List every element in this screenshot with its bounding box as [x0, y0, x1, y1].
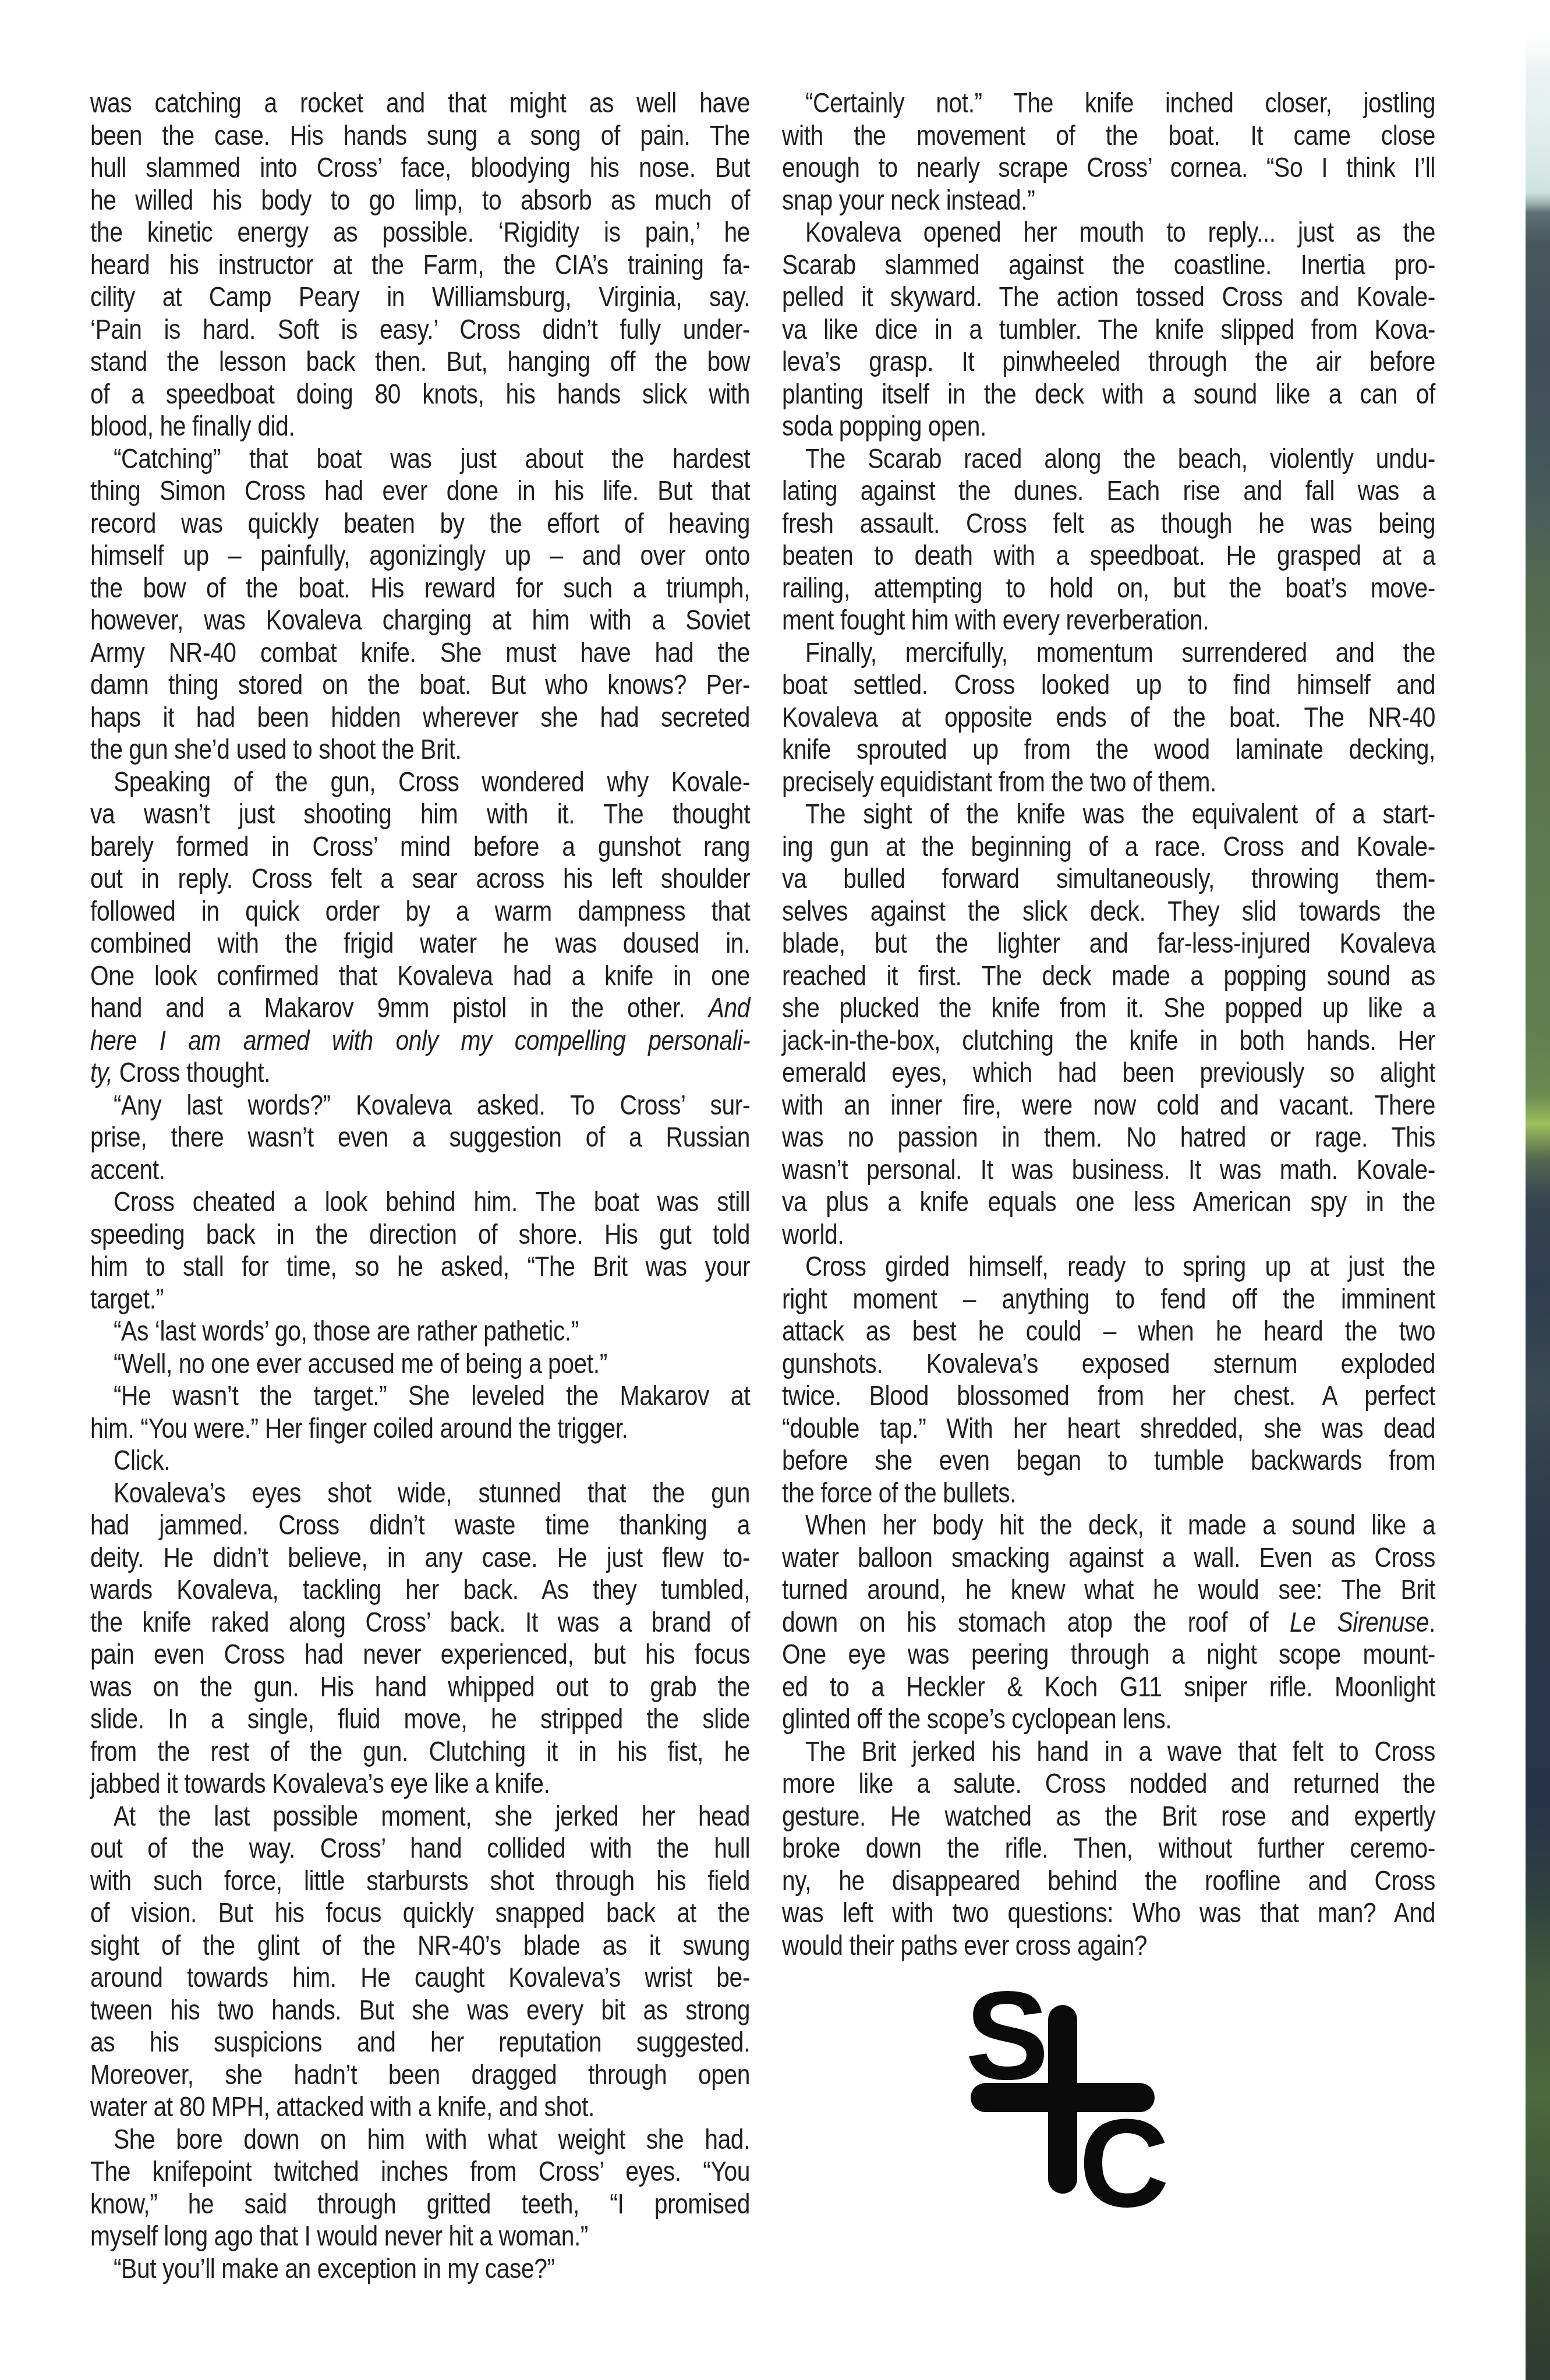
story-page: { "page": { "background": "#ffffff", "te… [0, 0, 1550, 2380]
text-line: himself up – painfully, agonizingly up –… [90, 540, 750, 572]
text-line: jabbed it towards Kovaleva’s eye like a … [90, 1768, 750, 1801]
text-line: heard his instructor at the Farm, the CI… [90, 249, 750, 282]
text-line: tween his two hands. But she was every b… [90, 1994, 750, 2027]
text-line: right moment – anything to fend off the … [782, 1283, 1435, 1316]
text-line: broke down the rifle. Then, without furt… [782, 1833, 1435, 1865]
text-line: out in reply. Cross felt a sear across h… [90, 863, 750, 896]
text-line: damn thing stored on the boat. But who k… [90, 669, 750, 702]
text-line: water at 80 MPH, attacked with a knife, … [90, 2091, 750, 2124]
text-line: Cross girded himself, ready to spring up… [782, 1251, 1435, 1283]
text-line: leva’s grasp. It pinwheeled through the … [782, 346, 1435, 379]
text-line: ty, Cross thought. [90, 1057, 750, 1090]
paragraph: The sight of the knife was the equivalen… [782, 798, 1435, 1251]
text-line: When her body hit the deck, it made a so… [782, 1509, 1435, 1542]
text-line: world. [782, 1219, 1435, 1251]
text-line: Speaking of the gun, Cross wondered why … [90, 766, 750, 799]
paragraph: “Any last words?” Kovaleva asked. To Cro… [90, 1090, 750, 1187]
text-line: water balloon smacking against a wall. E… [782, 1542, 1435, 1575]
text-line: Scarab slammed against the coastline. In… [782, 249, 1435, 282]
text-line: Kovaleva opened her mouth to reply... ju… [782, 217, 1435, 249]
text-line: At the last possible moment, she jerked … [90, 1801, 750, 1833]
paragraph: Kovaleva opened her mouth to reply... ju… [782, 217, 1435, 443]
text-line: “But you’ll make an exception in my case… [90, 2253, 750, 2286]
text-line: before she even began to tumble backward… [782, 1445, 1435, 1477]
text-line: deity. He didn’t believe, in any case. H… [90, 1542, 750, 1575]
text-line: attack as best he could – when he heard … [782, 1315, 1435, 1348]
text-line: beaten to death with a speedboat. He gra… [782, 540, 1435, 572]
text-line: she plucked the knife from it. She poppe… [782, 992, 1435, 1025]
text-line: around towards him. He caught Kovaleva’s… [90, 1962, 750, 1994]
text-line: ment fought him with every reverberation… [782, 604, 1435, 637]
paragraph: Cross girded himself, ready to spring up… [782, 1251, 1435, 1509]
text-line: glinted off the scope’s cyclopean lens. [782, 1703, 1435, 1736]
paragraph: When her body hit the deck, it made a so… [782, 1509, 1435, 1736]
text-line: followed in quick order by a warm dampne… [90, 896, 750, 928]
text-line: the gun she’d used to shoot the Brit. [90, 734, 750, 766]
text-line: ed to a Heckler & Koch G11 sniper rifle.… [782, 1671, 1435, 1704]
paragraph: Cross cheated a look behind him. The boa… [90, 1186, 750, 1315]
text-line: One look confirmed that Kovaleva had a k… [90, 960, 750, 993]
text-column-right: “Certainly not.” The knife inched closer… [782, 87, 1435, 1962]
text-line: knife sprouted up from the wood laminate… [782, 734, 1435, 766]
paragraph: “He wasn’t the target.” She leveled the … [90, 1380, 750, 1445]
text-line: The sight of the knife was the equivalen… [782, 798, 1435, 831]
paragraph: “But you’ll make an exception in my case… [90, 2253, 750, 2286]
text-line: “double tap.” With her heart shredded, s… [782, 1413, 1435, 1445]
paragraph: was catching a rocket and that might as … [90, 87, 750, 443]
text-line: out of the way. Cross’ hand collided wit… [90, 1833, 750, 1865]
text-line: from the rest of the gun. Clutching it i… [90, 1736, 750, 1769]
text-line: as his suspicions and her reputation sug… [90, 2027, 750, 2059]
paragraph: The Scarab raced along the beach, violen… [782, 443, 1435, 637]
text-line: gunshots. Kovaleva’s exposed sternum exp… [782, 1348, 1435, 1381]
text-line: “Catching” that boat was just about the … [90, 443, 750, 476]
text-line: ing gun at the beginning of a race. Cros… [782, 831, 1435, 864]
text-line: thing Simon Cross had ever done in his l… [90, 475, 750, 508]
text-line: the force of the bullets. [782, 1477, 1435, 1510]
paragraph: At the last possible moment, she jerked … [90, 1801, 750, 2124]
text-line: hull slammed into Cross’ face, bloodying… [90, 152, 750, 185]
text-line: ny, he disappeared behind the roofline a… [782, 1865, 1435, 1898]
text-line: had jammed. Cross didn’t waste time than… [90, 1509, 750, 1542]
text-line: slide. In a single, fluid move, he strip… [90, 1703, 750, 1736]
text-line: pain even Cross had never experienced, b… [90, 1639, 750, 1671]
text-line: pelled it skyward. The action tossed Cro… [782, 281, 1435, 314]
paragraph: “Well, no one ever accused me of being a… [90, 1348, 750, 1381]
text-line: was catching a rocket and that might as … [90, 87, 750, 120]
text-column-left: was catching a rocket and that might as … [90, 87, 750, 2285]
text-line: Finally, mercifully, momentum surrendere… [782, 637, 1435, 670]
text-line: Kovaleva at opposite ends of the boat. T… [782, 702, 1435, 734]
text-line: prise, there wasn’t even a suggestion of… [90, 1122, 750, 1154]
text-line: the bow of the boat. His reward for such… [90, 572, 750, 605]
text-line: blade, but the lighter and far-less-inju… [782, 928, 1435, 960]
text-line: snap your neck instead.” [782, 185, 1435, 217]
paragraph: Click. [90, 1445, 750, 1477]
text-line: selves against the slick deck. They slid… [782, 896, 1435, 928]
text-line: however, was Kovaleva charging at him wi… [90, 604, 750, 637]
text-line: him. “You were.” Her finger coiled aroun… [90, 1413, 750, 1445]
text-line: the knife raked along Cross’ back. It wa… [90, 1607, 750, 1639]
text-line: gesture. He watched as the Brit rose and… [782, 1801, 1435, 1833]
paragraph: Finally, mercifully, momentum surrendere… [782, 637, 1435, 799]
text-line: of vision. But his focus quickly snapped… [90, 1897, 750, 1930]
text-line: She bore down on him with what weight sh… [90, 2124, 750, 2156]
paragraph: The Brit jerked his hand in a wave that … [782, 1736, 1435, 1962]
text-line: myself long ago that I would never hit a… [90, 2220, 750, 2253]
text-line: va wasn’t just shooting him with it. The… [90, 798, 750, 831]
text-line: Click. [90, 1445, 750, 1477]
text-line: va bulled forward simultaneously, throwi… [782, 863, 1435, 896]
text-line: of a speedboat doing 80 knots, his hands… [90, 379, 750, 411]
text-line: hand and a Makarov 9mm pistol in the oth… [90, 992, 750, 1025]
text-line: with an inner fire, were now cold and va… [782, 1090, 1435, 1122]
text-line: more like a salute. Cross nodded and ret… [782, 1768, 1435, 1801]
page-edge-art [1526, 0, 1550, 2380]
text-line: stand the lesson back then. But, hanging… [90, 346, 750, 379]
text-line: barely formed in Cross’ mind before a gu… [90, 831, 750, 864]
text-line: lating against the dunes. Each rise and … [782, 475, 1435, 508]
text-line: “Certainly not.” The knife inched closer… [782, 87, 1435, 120]
text-line: would their paths ever cross again? [782, 1930, 1435, 1962]
text-line: combined with the frigid water he was do… [90, 928, 750, 960]
text-line: the kinetic energy as possible. ‘Rigidit… [90, 217, 750, 249]
text-line: with the movement of the boat. It came c… [782, 120, 1435, 153]
text-line: “He wasn’t the target.” She leveled the … [90, 1380, 750, 1413]
text-line: Moreover, she hadn’t been dragged throug… [90, 2059, 750, 2092]
text-line: twice. Blood blossomed from her chest. A… [782, 1380, 1435, 1413]
text-line: “Well, no one ever accused me of being a… [90, 1348, 750, 1381]
text-line: planting itself in the deck with a sound… [782, 379, 1435, 411]
paragraph: Kovaleva’s eyes shot wide, stunned that … [90, 1477, 750, 1801]
text-line: blood, he finally did. [90, 411, 750, 443]
text-line: record was quickly beaten by the effort … [90, 508, 750, 540]
text-line: enough to nearly scrape Cross’ cornea. “… [782, 152, 1435, 185]
text-line: precisely equidistant from the two of th… [782, 766, 1435, 799]
text-line: soda popping open. [782, 411, 1435, 443]
text-line: wards Kovaleva, tackling her back. As th… [90, 1574, 750, 1607]
text-line: va like dice in a tumbler. The knife sli… [782, 314, 1435, 346]
text-line: Army NR-40 combat knife. She must have h… [90, 637, 750, 670]
text-line: haps it had been hidden wherever she had… [90, 702, 750, 734]
paragraph: She bore down on him with what weight sh… [90, 2124, 750, 2253]
paragraph: “Certainly not.” The knife inched closer… [782, 87, 1435, 217]
paragraph: “As ‘last words’ go, those are rather pa… [90, 1315, 750, 1348]
text-line: The knifepoint twitched inches from Cros… [90, 2156, 750, 2188]
text-line: Kovaleva’s eyes shot wide, stunned that … [90, 1477, 750, 1510]
text-line: speeding back in the direction of shore.… [90, 1219, 750, 1251]
text-line: One eye was peering through a night scop… [782, 1639, 1435, 1671]
text-line: been the case. His hands sung a song of … [90, 120, 750, 153]
text-line: turned around, he knew what he would see… [782, 1574, 1435, 1607]
text-line: sight of the glint of the NR-40’s blade … [90, 1930, 750, 1962]
text-line: was no passion in them. No hatred or rag… [782, 1122, 1435, 1154]
text-line: “Any last words?” Kovaleva asked. To Cro… [90, 1090, 750, 1122]
text-line: fresh assault. Cross felt as though he w… [782, 508, 1435, 540]
text-line: The Scarab raced along the beach, violen… [782, 443, 1435, 476]
text-line: railing, attempting to hold on, but the … [782, 572, 1435, 605]
paragraph: “Catching” that boat was just about the … [90, 443, 750, 766]
text-line: emerald eyes, which had been previously … [782, 1057, 1435, 1090]
text-line: target.” [90, 1283, 750, 1316]
text-line: “As ‘last words’ go, those are rather pa… [90, 1315, 750, 1348]
text-line: boat settled. Cross looked up to find hi… [782, 669, 1435, 702]
paragraph: Speaking of the gun, Cross wondered why … [90, 766, 750, 1090]
text-line: down on his stomach atop the roof of Le … [782, 1607, 1435, 1639]
text-line: him to stall for time, so he asked, “The… [90, 1251, 750, 1283]
text-line: here I am armed with only my compelling … [90, 1025, 750, 1058]
text-line: he willed his body to go limp, to absorb… [90, 185, 750, 217]
text-line: ‘Pain is hard. Soft is easy.’ Cross didn… [90, 314, 750, 346]
text-line: accent. [90, 1154, 750, 1187]
text-line: va plus a knife equals one less American… [782, 1186, 1435, 1219]
text-line: Cross cheated a look behind him. The boa… [90, 1186, 750, 1219]
text-line: know,” he said through gritted teeth, “I… [90, 2188, 750, 2221]
text-line: reached it first. The deck made a poppin… [782, 960, 1435, 993]
text-line: jack-in-the-box, clutching the knife in … [782, 1025, 1435, 1058]
text-line: with such force, little starbursts shot … [90, 1865, 750, 1898]
text-line: cility at Camp Peary in Williamsburg, Vi… [90, 281, 750, 314]
text-line: wasn’t personal. It was business. It was… [782, 1154, 1435, 1187]
logo-letter-c: C [1079, 2100, 1167, 2226]
logo-letter-s: S [965, 1973, 1046, 2098]
text-line: was on the gun. His hand whipped out to … [90, 1671, 750, 1704]
text-line: was left with two questions: Who was tha… [782, 1897, 1435, 1930]
text-line: The Brit jerked his hand in a wave that … [782, 1736, 1435, 1769]
